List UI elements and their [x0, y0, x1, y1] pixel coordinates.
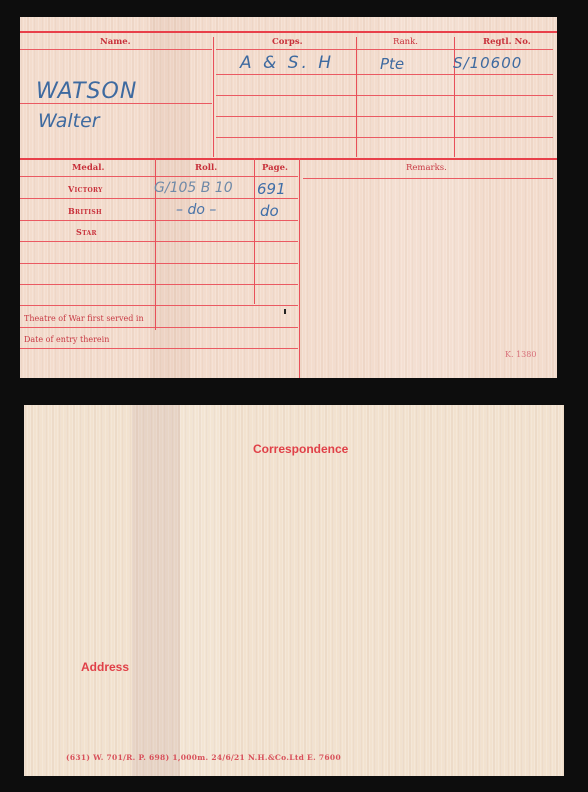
- rule-row: [20, 198, 298, 199]
- medal-header: Medal.: [72, 163, 104, 173]
- rule-row: [216, 74, 553, 75]
- rule-row: [20, 284, 298, 285]
- rule-top: [20, 31, 557, 33]
- col-divider: [254, 158, 255, 304]
- theatre-label: Theatre of War first served in: [24, 314, 144, 323]
- name-header: Name.: [100, 37, 131, 47]
- rule-row: [20, 305, 298, 306]
- medal-name-star: Star: [76, 227, 97, 237]
- correspondence-label: Correspondence: [253, 442, 348, 456]
- rule-row: [20, 327, 298, 328]
- roll-value-victory: G/105 B 10: [154, 180, 233, 196]
- rule-row: [20, 263, 298, 264]
- medal-name-british: British: [68, 206, 102, 216]
- rule-medal-header: [20, 176, 298, 177]
- roll-value-british: – do –: [176, 202, 216, 218]
- medal-name-victory: Victory: [68, 184, 103, 194]
- regtl-no-value: S/10600: [453, 54, 522, 72]
- rule-row: [216, 137, 553, 138]
- forename-value: Walter: [38, 110, 100, 132]
- rule-header: [216, 49, 553, 50]
- rule-row: [216, 116, 553, 117]
- regtl-no-header: Regtl. No.: [483, 37, 531, 47]
- medal-card-back: Correspondence Address (631) W. 701/R. P…: [24, 405, 564, 776]
- roll-header: Roll.: [195, 163, 217, 173]
- rule-remarks-header: [303, 178, 553, 179]
- ink-mark: [284, 309, 286, 314]
- remarks-header: Remarks.: [406, 163, 447, 173]
- page-header: Page.: [262, 163, 288, 173]
- rule-section: [20, 158, 557, 160]
- page-value-victory: 691: [257, 180, 286, 198]
- page-value-british: do: [260, 202, 279, 220]
- medal-card-front: Name. Corps. Rank. Regtl. No. WATSON Wal…: [20, 17, 557, 378]
- col-divider: [299, 158, 300, 378]
- address-label: Address: [81, 660, 129, 674]
- corps-value: A & S. H: [240, 53, 334, 73]
- rule-row: [20, 348, 298, 349]
- rule-row: [20, 241, 298, 242]
- surname-value: WATSON: [36, 79, 137, 104]
- printer-imprint: (631) W. 701/R. P. 698) 1,000m. 24/6/21 …: [66, 753, 341, 762]
- corps-header: Corps.: [272, 37, 303, 47]
- rank-header: Rank.: [393, 37, 418, 47]
- rule-row: [216, 95, 553, 96]
- col-divider: [213, 37, 214, 157]
- rank-value: Pte: [380, 55, 404, 73]
- date-of-entry-label: Date of entry therein: [24, 335, 109, 344]
- col-divider: [356, 37, 357, 157]
- form-number: K. 1380: [505, 350, 536, 359]
- paper-shading: [180, 405, 220, 776]
- paper-shading: [132, 405, 180, 776]
- rule-row: [20, 220, 298, 221]
- rule-name-header: [20, 49, 212, 50]
